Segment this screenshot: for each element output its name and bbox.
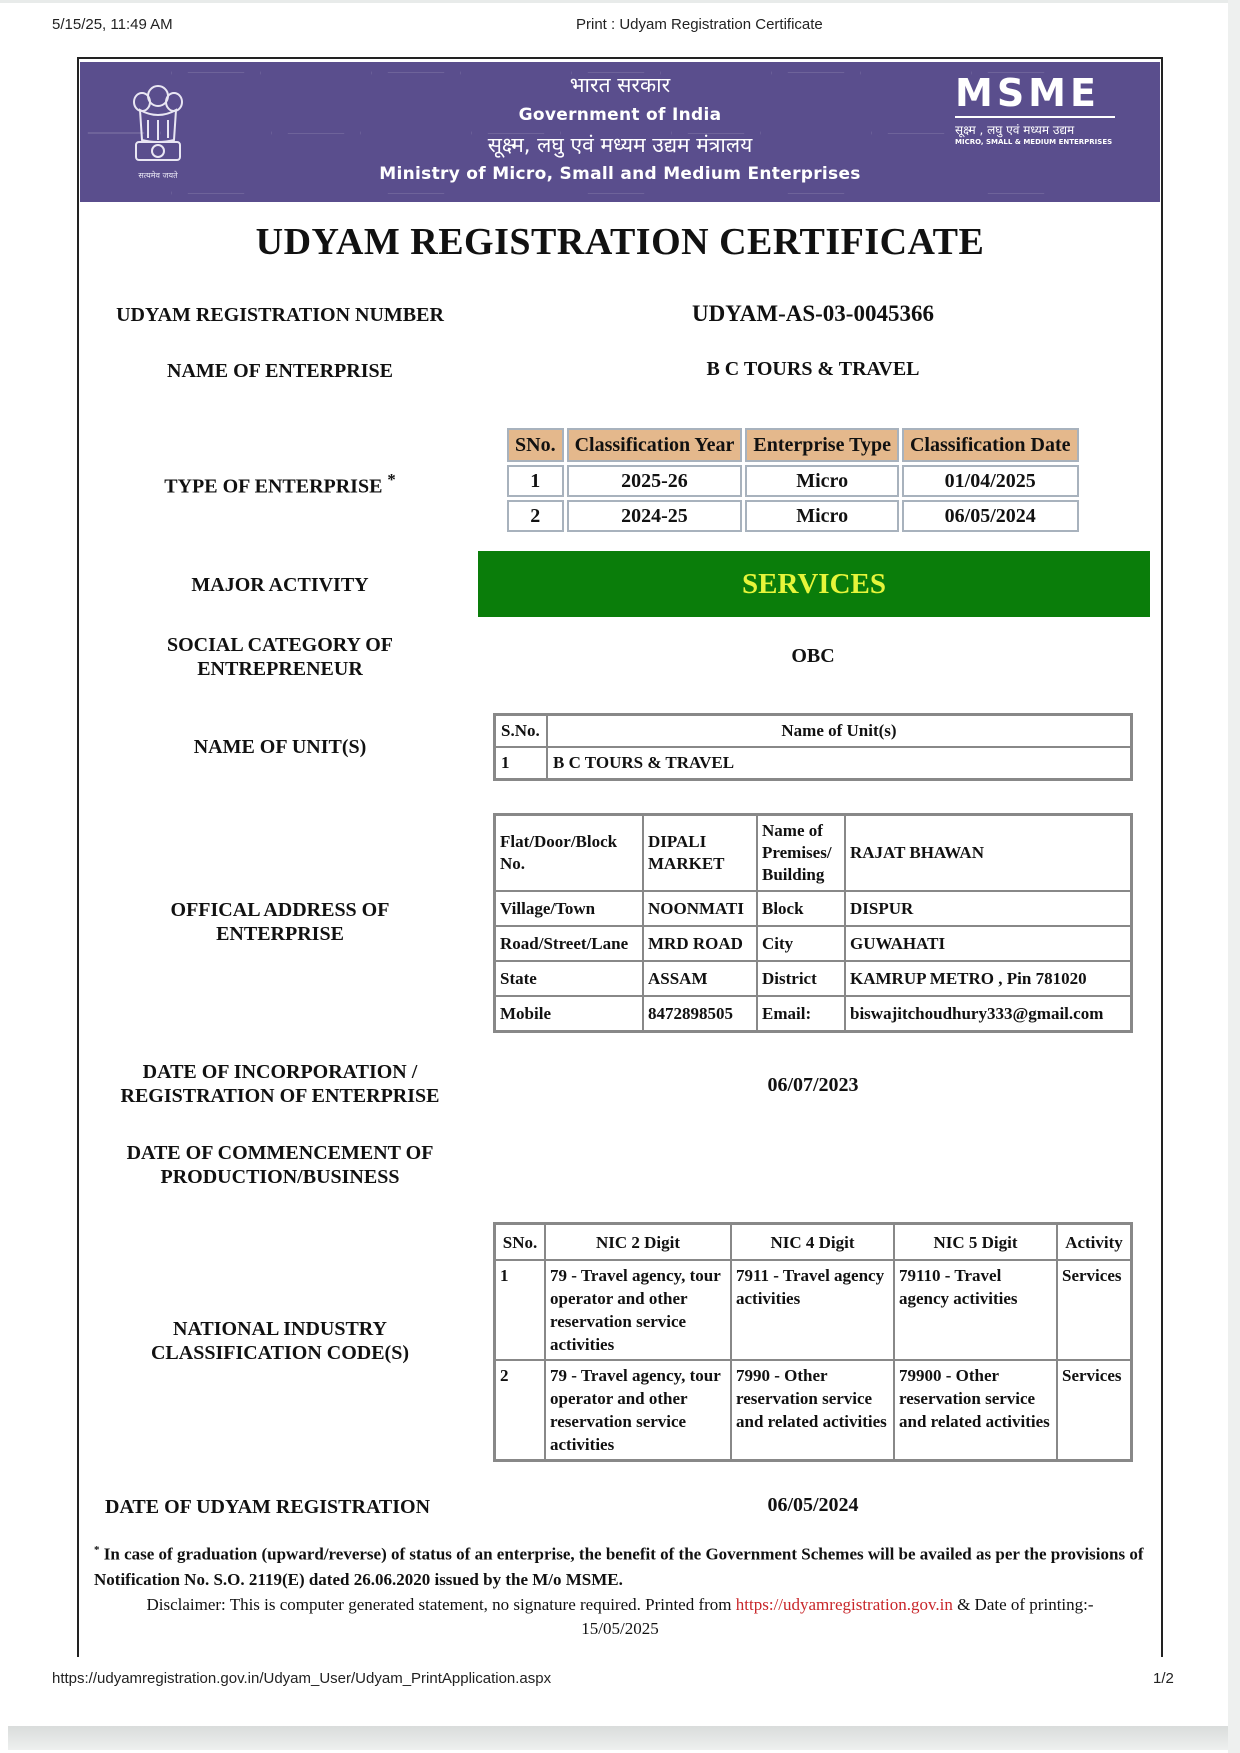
footer-url: https://udyamregistration.gov.in/Udyam_U… [52, 1670, 551, 1687]
window-right-edge [1228, 0, 1240, 1753]
english-ministry: Ministry of Micro, Small and Medium Ente… [80, 160, 1160, 188]
table-row: Mobile 8472898505 Email: biswajitchoudhu… [495, 996, 1131, 1031]
address-label: OFFICAL ADDRESS OF ENTERPRISE [95, 898, 465, 946]
table-row: Village/Town NOONMATI Block DISPUR [495, 891, 1131, 926]
major-activity-value: SERVICES [478, 551, 1150, 617]
col-header: Classification Year [567, 428, 743, 462]
nic-table: SNo. NIC 2 Digit NIC 4 Digit NIC 5 Digit… [493, 1222, 1133, 1462]
units-table: S.No. Name of Unit(s) 1 B C TOURS & TRAV… [493, 713, 1133, 781]
window-top-edge [0, 0, 1240, 3]
social-category-label: SOCIAL CATEGORY OF ENTREPRENEUR [95, 633, 465, 681]
print-title: Print : Udyam Registration Certificate [576, 16, 823, 33]
table-row: 2 79 - Travel agency, tour operator and … [495, 1360, 1131, 1460]
col-header: Name of Unit(s) [547, 715, 1131, 747]
units-label: NAME OF UNIT(S) [95, 735, 465, 759]
udyam-site-link[interactable]: https://udyamregistration.gov.in [736, 1595, 953, 1614]
col-header: SNo. [507, 428, 564, 462]
emblem-caption: सत्यमेव जयते [123, 170, 193, 181]
table-row: State ASSAM District KAMRUP METRO , Pin … [495, 961, 1131, 996]
msme-logo-hindi: सूक्ष्म , लघु एवं मध्यम उद्यम [955, 121, 1120, 138]
national-emblem-icon [128, 80, 188, 172]
udyam-registration-date-label: DATE OF UDYAM REGISTRATION [95, 1495, 475, 1519]
registration-number-value: UDYAM-AS-03-0045366 [578, 301, 1048, 327]
table-row: 1 B C TOURS & TRAVEL [495, 747, 1131, 779]
incorporation-date-value: 06/07/2023 [578, 1074, 1048, 1097]
udyam-registration-date-value: 06/05/2024 [578, 1494, 1048, 1517]
type-of-enterprise-label: TYPE OF ENTERPRISE * [95, 468, 465, 499]
registration-number-label: UDYAM REGISTRATION NUMBER [95, 303, 465, 327]
email-value: biswajitchoudhury333@gmail.com [845, 996, 1131, 1031]
col-header: NIC 5 Digit [894, 1224, 1057, 1260]
page-number: 1/2 [1153, 1670, 1174, 1687]
commencement-date-label: DATE OF COMMENCEMENT OF PRODUCTION/BUSIN… [95, 1141, 465, 1189]
disclaimer: Disclaimer: This is computer generated s… [80, 1593, 1160, 1641]
msme-logo: MSME सूक्ष्म , लघु एवं मध्यम उद्यम MICRO… [955, 74, 1120, 146]
nic-label: NATIONAL INDUSTRY CLASSIFICATION CODE(S) [95, 1317, 465, 1365]
enterprise-type-table: SNo. Classification Year Enterprise Type… [504, 425, 1082, 535]
major-activity-label: MAJOR ACTIVITY [95, 573, 465, 597]
table-row: 1 79 - Travel agency, tour operator and … [495, 1260, 1131, 1360]
col-header: S.No. [495, 715, 547, 747]
table-row: 1 2025-26 Micro 01/04/2025 [507, 465, 1079, 497]
table-row: Flat/Door/Block No. DIPALI MARKET Name o… [495, 815, 1131, 891]
col-header: SNo. [495, 1224, 545, 1260]
col-header: NIC 4 Digit [731, 1224, 894, 1260]
col-header: Classification Date [902, 428, 1079, 462]
certificate-title: UDYAM REGISTRATION CERTIFICATE [80, 220, 1160, 264]
col-header: Activity [1057, 1224, 1131, 1260]
address-table: Flat/Door/Block No. DIPALI MARKET Name o… [493, 813, 1133, 1033]
enterprise-name-label: NAME OF ENTERPRISE [95, 359, 465, 383]
col-header: Enterprise Type [745, 428, 899, 462]
enterprise-name-value: B C TOURS & TRAVEL [578, 358, 1048, 381]
msme-logo-english: MICRO, SMALL & MEDIUM ENTERPRISES [955, 138, 1120, 146]
incorporation-date-label: DATE OF INCORPORATION / REGISTRATION OF … [95, 1060, 465, 1108]
print-datetime: 5/15/25, 11:49 AM [52, 16, 173, 33]
asterisk-marker: * [387, 470, 395, 489]
col-header: NIC 2 Digit [545, 1224, 731, 1260]
table-row: Road/Street/Lane MRD ROAD City GUWAHATI [495, 926, 1131, 961]
graduation-footnote: * In case of graduation (upward/reverse)… [94, 1538, 1144, 1592]
table-row: 2 2024-25 Micro 06/05/2024 [507, 500, 1079, 532]
print-date: 15/05/2025 [80, 1617, 1160, 1641]
social-category-value: OBC [578, 645, 1048, 668]
msme-logo-text: MSME [955, 74, 1120, 112]
bottom-edge [8, 1726, 1228, 1750]
